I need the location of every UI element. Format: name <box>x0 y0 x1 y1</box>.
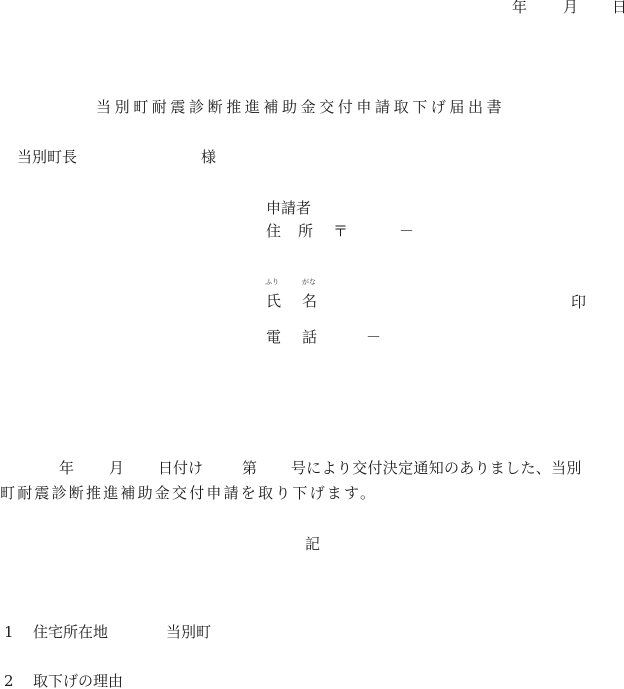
item-1-label: 住宅所在地 <box>33 625 108 640</box>
phone-dash: － <box>366 330 381 345</box>
item-1-value: 当別町 <box>166 625 211 640</box>
name-label-char-2: 名 <box>302 294 317 309</box>
addressee-honorific: 様 <box>201 150 216 165</box>
address-label-char-1: 住 <box>266 224 281 239</box>
name-label-char-1: 氏 <box>266 294 281 309</box>
date-month-label: 月 <box>563 0 578 15</box>
body-line1-rest: 号により交付決定通知のありました、当別 <box>291 461 582 476</box>
date-year-label: 年 <box>512 0 527 15</box>
furigana-2: がな <box>302 279 316 286</box>
date-day-label: 日 <box>612 0 624 15</box>
applicant-label: 申請者 <box>266 201 311 216</box>
postal-dash: － <box>399 224 414 239</box>
body-number-prefix: 第 <box>242 461 257 476</box>
body-month-label: 月 <box>109 461 124 476</box>
address-label-char-2: 所 <box>298 224 313 239</box>
ki-heading: 記 <box>305 537 320 552</box>
seal-mark: 印 <box>571 295 586 310</box>
addressee-name: 当別町長 <box>17 150 77 165</box>
furigana-1: ふり <box>265 279 279 286</box>
document-title: 当別町耐震診断推進補助金交付申請取下げ届出書 <box>96 100 505 115</box>
phone-label-char-2: 話 <box>302 330 317 345</box>
body-line2: 町耐震診断推進補助金交付申請を取り下げます。 <box>0 486 377 501</box>
body-year-label: 年 <box>59 461 74 476</box>
postal-mark: 〒 <box>333 224 348 239</box>
item-2-label: 取下げの理由 <box>33 674 123 689</box>
item-2-number: 2 <box>4 674 14 689</box>
body-day-suffix: 日付け <box>158 461 203 476</box>
phone-label-char-1: 電 <box>266 330 281 345</box>
item-1-number: 1 <box>4 625 14 640</box>
